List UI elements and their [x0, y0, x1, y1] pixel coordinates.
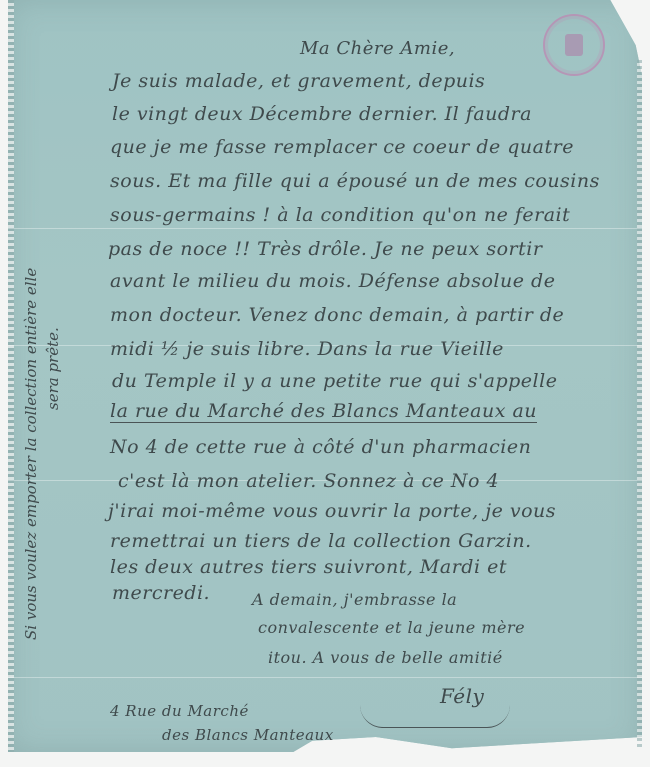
body-line: du Temple il y a une petite rue qui s'ap…	[112, 370, 557, 392]
body-line: mon docteur. Venez donc demain, à partir…	[110, 304, 564, 326]
closing-line: A demain, j'embrasse la	[252, 590, 457, 609]
salutation: Ma Chère Amie,	[300, 38, 455, 59]
body-line: remettrai un tiers de la collection Garz…	[110, 530, 532, 552]
perforated-edge-right	[637, 60, 642, 750]
paper-fold-line	[8, 677, 642, 678]
body-line: que je me fasse remplacer ce coeur de qu…	[110, 136, 574, 158]
body-line: mercredi.	[112, 582, 210, 604]
closing-line: itou. A vous de belle amitié	[268, 648, 503, 667]
address-line: des Blancs Manteaux	[162, 726, 334, 744]
perforated-edge-left	[8, 0, 14, 752]
body-line: les deux autres tiers suivront, Mardi et	[110, 556, 507, 578]
body-line: midi ½ je suis libre. Dans la rue Vieill…	[110, 338, 504, 360]
margin-note-vertical: Si vous voulez emporter la collection en…	[22, 268, 62, 640]
body-line: le vingt deux Décembre dernier. Il faudr…	[112, 103, 532, 125]
body-line: c'est là mon atelier. Sonnez à ce No 4	[118, 470, 499, 492]
ink-stamp-icon	[543, 14, 605, 76]
body-line: j'irai moi-même vous ouvrir la porte, je…	[108, 500, 556, 522]
margin-note-line: sera prête.	[44, 268, 62, 410]
body-line: Je suis malade, et gravement, depuis	[112, 70, 485, 92]
margin-note-line: Si vous voulez emporter la collection en…	[22, 268, 40, 640]
body-line: pas de noce !! Très drôle. Je ne peux so…	[108, 238, 542, 260]
body-line: sous-germains ! à la condition qu'on ne …	[110, 204, 570, 226]
stamp-emblem	[565, 34, 583, 56]
body-line: sous. Et ma fille qui a épousé un de mes…	[110, 170, 600, 192]
closing-line: convalescente et la jeune mère	[258, 618, 525, 637]
address-line: 4 Rue du Marché	[110, 702, 249, 720]
body-line-underlined: la rue du Marché des Blancs Manteaux au	[110, 400, 537, 423]
body-line: No 4 de cette rue à côté d'un pharmacien	[110, 436, 531, 458]
body-line: avant le milieu du mois. Défense absolue…	[110, 270, 555, 292]
signature-flourish	[360, 705, 510, 728]
paper-fold-line	[8, 228, 642, 229]
